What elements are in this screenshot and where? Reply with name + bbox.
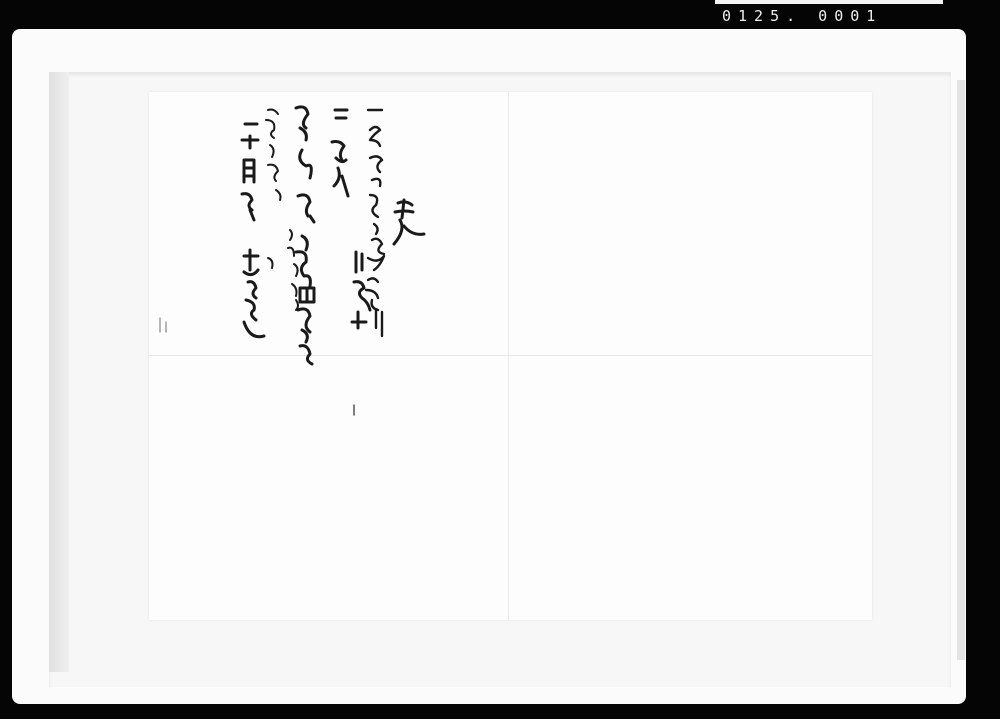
paper-mark <box>160 318 166 332</box>
text-column-2 <box>332 110 370 328</box>
handwritten-text <box>0 0 1000 719</box>
text-column-1 <box>366 110 384 336</box>
signature <box>244 250 264 337</box>
text-column-5-date <box>242 124 258 220</box>
text-column-4 <box>266 110 298 311</box>
text-column-3 <box>296 107 314 364</box>
title-character <box>394 200 424 244</box>
